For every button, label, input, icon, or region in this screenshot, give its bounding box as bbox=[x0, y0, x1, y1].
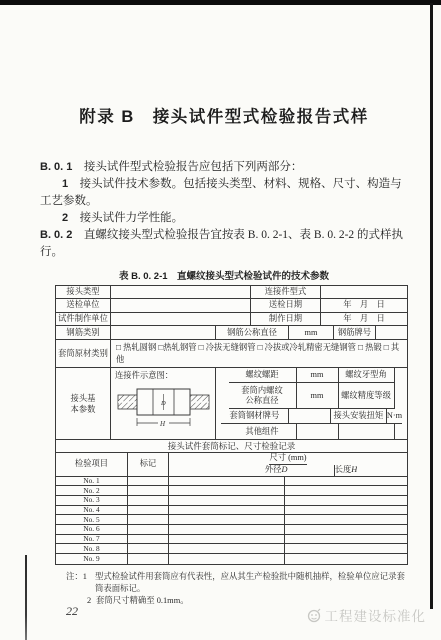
table-row: No. 4 bbox=[56, 506, 407, 516]
blank-cell bbox=[285, 496, 407, 505]
row-label: 螺纹牙型角 bbox=[339, 368, 395, 382]
blank-cell bbox=[285, 535, 407, 544]
clause-item2: 2 接头试件力学性能。 bbox=[40, 210, 408, 227]
table-row: 试件制作单位 制作日期 年 月 日 bbox=[56, 313, 407, 327]
watermark-text: 工程建设标准化 bbox=[325, 605, 427, 625]
row-label: 螺纹螺距 bbox=[229, 368, 297, 382]
specimen-number: No. 6 bbox=[56, 525, 128, 534]
column-header-diameter: 外径 D bbox=[219, 465, 335, 476]
clause-item1-text: 接头试件技术参数。包括接头类型、材料、规格、尺寸、构造与工艺参数。 bbox=[40, 178, 402, 207]
blank-cell bbox=[128, 506, 169, 515]
table-row: No. 6 bbox=[56, 525, 407, 535]
table-subrow: 螺纹螺距 mm 螺纹牙型角 bbox=[229, 368, 395, 383]
check-table-header: 检验项目 标记 尺寸 (mm) 外径 D 长度 H bbox=[56, 453, 407, 477]
note-number: 2 bbox=[87, 595, 96, 607]
specimen-number: No. 7 bbox=[56, 535, 128, 544]
table-caption: 表 B. 0. 2-1 直螺纹接头型式检验试件的技术参数 bbox=[40, 268, 408, 282]
row-label: 套筒原材类别 bbox=[56, 340, 111, 367]
row-label: 钢筋牌号 bbox=[334, 326, 376, 339]
table-row: 接头试件套筒标记、尺寸检验记录 bbox=[56, 440, 407, 453]
note-text: 型式检验试件用套筒应有代表性，应从其生产检验批中随机抽样，检验单位应记录套筒表面… bbox=[95, 571, 408, 595]
date-placeholder: 年 月 日 bbox=[321, 313, 407, 326]
blank-cell bbox=[169, 515, 285, 524]
table-row: 钢筋类别 钢筋公称直径 mm 钢筋牌号 bbox=[56, 326, 407, 340]
diameter-label: 外径 bbox=[265, 465, 282, 475]
basic-parameters-stack: 螺纹螺距 mm 螺纹牙型角 套筒内螺纹公称直径 mm 螺纹精度等级 套筒钢材牌号… bbox=[216, 368, 407, 439]
blank-cell bbox=[169, 506, 285, 515]
scan-edge-right bbox=[430, 3, 433, 609]
row-label: 试件制作单位 bbox=[56, 313, 111, 326]
blank-cell bbox=[128, 525, 169, 534]
blank-cell bbox=[297, 424, 339, 439]
row-label: 其他组件 bbox=[229, 424, 297, 439]
blank-cell bbox=[339, 424, 395, 439]
coupler-diagram-cell: 连接件示意图： D bbox=[111, 368, 216, 439]
parameters-table: 接头类型 连接件型式 送检单位 送检日期 年 月 日 试件制作单位 制作日期 年… bbox=[55, 285, 408, 565]
table-row: No. 8 bbox=[56, 544, 407, 554]
table-row: No. 3 bbox=[56, 496, 407, 506]
blank-cell bbox=[285, 477, 407, 486]
table-row: 送检单位 送检日期 年 月 日 bbox=[56, 299, 407, 313]
row-label: 套筒钢材牌号 bbox=[221, 409, 289, 423]
column-header-size: 尺寸 (mm) bbox=[269, 453, 306, 465]
page-number: 22 bbox=[66, 604, 78, 619]
scan-binding-line bbox=[25, 555, 27, 640]
page-content: 附录 B 接头试件型式检验报告式样 B. 0. 1 接头试件型式检验报告应包括下… bbox=[40, 103, 408, 607]
row-label: 送检日期 bbox=[251, 299, 321, 312]
diagram-title: 连接件示意图： bbox=[115, 371, 173, 381]
column-header-length: 长度 H bbox=[335, 465, 358, 476]
unit-cell: N·m bbox=[387, 409, 402, 423]
blank-cell bbox=[321, 286, 407, 298]
note-label: 注：1 bbox=[66, 571, 95, 595]
blank-cell bbox=[169, 544, 285, 553]
clause-b02-number: B. 0. 2 bbox=[40, 229, 72, 241]
blank-cell bbox=[289, 409, 331, 423]
blank-cell bbox=[285, 554, 407, 564]
blank-cell bbox=[128, 544, 169, 553]
row-label: 螺纹精度等级 bbox=[339, 383, 395, 408]
row-label: 接头安装扭矩 bbox=[331, 409, 387, 423]
specimen-number: No. 1 bbox=[56, 477, 128, 486]
table-subrow: 套筒内螺纹公称直径 mm 螺纹精度等级 bbox=[229, 383, 395, 409]
row-label: 连接件型式 bbox=[251, 286, 321, 298]
smiley-circle-logo-icon bbox=[306, 607, 322, 623]
specimen-number: No. 5 bbox=[56, 515, 128, 524]
diameter-symbol: D bbox=[281, 465, 287, 475]
blank-cell bbox=[169, 535, 285, 544]
blank-cell bbox=[111, 313, 251, 326]
table-row: No. 7 bbox=[56, 535, 407, 545]
material-checkbox-options: □ 热轧圆钢 □热轧钢管 □ 冷拔无缝钢管 □ 冷拔或冷轧精密无缝钢管 □ 热锻… bbox=[111, 340, 407, 367]
row-label: 钢筋公称直径 bbox=[216, 326, 289, 339]
size-column-group: 尺寸 (mm) 外径 D 长度 H bbox=[169, 453, 407, 476]
clause-b02-text: 直螺纹接头型式检验报告宜按表 B. 0. 2-1、表 B. 0. 2-2 的式样… bbox=[40, 229, 403, 258]
column-header-item: 检验项目 bbox=[56, 453, 128, 476]
column-header-mark: 标记 bbox=[128, 453, 169, 476]
table-row: No. 1 bbox=[56, 477, 407, 487]
appendix-title: 附录 B 接头试件型式检验报告式样 bbox=[40, 103, 408, 127]
blank-cell bbox=[111, 326, 216, 339]
specimen-number: No. 3 bbox=[56, 496, 128, 505]
blank-cell bbox=[285, 525, 407, 534]
specimen-number: No. 9 bbox=[56, 554, 128, 564]
row-label: 制作日期 bbox=[251, 313, 321, 326]
diagram-dim-d: D bbox=[160, 400, 166, 407]
table-notes: 注：1 型式检验试件用套筒应有代表性，应从其生产检验批中随机抽样，检验单位应记录… bbox=[66, 571, 408, 607]
clause-b02: B. 0. 2 直螺纹接头型式检验报告宜按表 B. 0. 2-1、表 B. 0.… bbox=[40, 227, 408, 261]
table-row: 套筒原材类别 □ 热轧圆钢 □热轧钢管 □ 冷拔无缝钢管 □ 冷拔或冷轧精密无缝… bbox=[56, 340, 407, 368]
blank-cell bbox=[169, 496, 285, 505]
blank-cell bbox=[285, 515, 407, 524]
blank-cell bbox=[169, 554, 285, 564]
table-row: 接头类型 连接件型式 bbox=[56, 286, 407, 299]
watermark: 工程建设标准化 bbox=[306, 605, 427, 625]
row-label: 送检单位 bbox=[56, 299, 111, 312]
row-label: 接头基本参数 bbox=[56, 368, 111, 439]
table-row: No. 5 bbox=[56, 515, 407, 525]
blank-cell bbox=[169, 525, 285, 534]
coupler-diagram: D H bbox=[115, 381, 212, 431]
note-number: 1 bbox=[83, 572, 87, 581]
blank-cell bbox=[111, 286, 251, 298]
blank-cell bbox=[128, 486, 169, 495]
unit-cell: mm bbox=[297, 368, 339, 382]
table-row: No. 9 bbox=[56, 554, 407, 564]
note-prefix: 注： bbox=[66, 572, 83, 581]
clause-b01: B. 0. 1 接头试件型式检验报告应包括下列两部分： bbox=[40, 159, 408, 176]
length-symbol: H bbox=[351, 465, 357, 475]
row-label-text: 套筒内螺纹公称直径 bbox=[240, 386, 284, 405]
blank-cell bbox=[285, 544, 407, 553]
clause-item2-text: 接头试件力学性能。 bbox=[68, 212, 183, 224]
size-subheaders: 外径 D 长度 H bbox=[219, 465, 358, 476]
row-label: 钢筋类别 bbox=[56, 326, 111, 339]
unit-cell: mm bbox=[289, 326, 334, 339]
diagram-dim-h: H bbox=[159, 420, 166, 428]
note-item: 注：1 型式检验试件用套筒应有代表性，应从其生产检验批中随机抽样，检验单位应记录… bbox=[66, 571, 408, 595]
scanned-document-page: { "page": { "title": "附录 B 接头试件型式检验报告式样"… bbox=[0, 0, 441, 640]
row-label: 接头类型 bbox=[56, 286, 111, 298]
table-row: No. 2 bbox=[56, 486, 407, 496]
blank-cell bbox=[376, 326, 407, 339]
table-subrow: 其他组件 bbox=[229, 424, 395, 439]
blank-cell bbox=[128, 554, 169, 564]
blank-cell bbox=[111, 299, 251, 312]
blank-cell bbox=[169, 486, 285, 495]
date-placeholder: 年 月 日 bbox=[321, 299, 407, 312]
specimen-number: No. 8 bbox=[56, 544, 128, 553]
basic-parameters-block: 接头基本参数 连接件示意图： bbox=[56, 368, 407, 440]
table-subrow: 套筒钢材牌号 接头安装扭矩 N·m bbox=[221, 409, 402, 424]
blank-cell bbox=[128, 515, 169, 524]
blank-cell bbox=[285, 486, 407, 495]
clause-item1: 1 接头试件技术参数。包括接头类型、材料、规格、尺寸、构造与工艺参数。 bbox=[40, 176, 408, 210]
blank-cell bbox=[169, 477, 285, 486]
length-label: 长度 bbox=[335, 465, 352, 475]
specimen-number: No. 2 bbox=[56, 486, 128, 495]
blank-cell bbox=[128, 535, 169, 544]
blank-cell bbox=[285, 506, 407, 515]
blank-cell bbox=[128, 496, 169, 505]
specimen-number: No. 4 bbox=[56, 506, 128, 515]
clause-b01-number: B. 0. 1 bbox=[40, 161, 72, 173]
row-label: 套筒内螺纹公称直径 bbox=[229, 383, 297, 408]
blank-cell bbox=[128, 477, 169, 486]
scan-edge-top bbox=[0, 0, 441, 5]
unit-cell: mm bbox=[297, 383, 339, 408]
basic-label-text: 接头基本参数 bbox=[70, 393, 97, 415]
record-section-header: 接头试件套筒标记、尺寸检验记录 bbox=[56, 440, 407, 452]
clause-b01-text: 接头试件型式检验报告应包括下列两部分： bbox=[72, 161, 302, 173]
